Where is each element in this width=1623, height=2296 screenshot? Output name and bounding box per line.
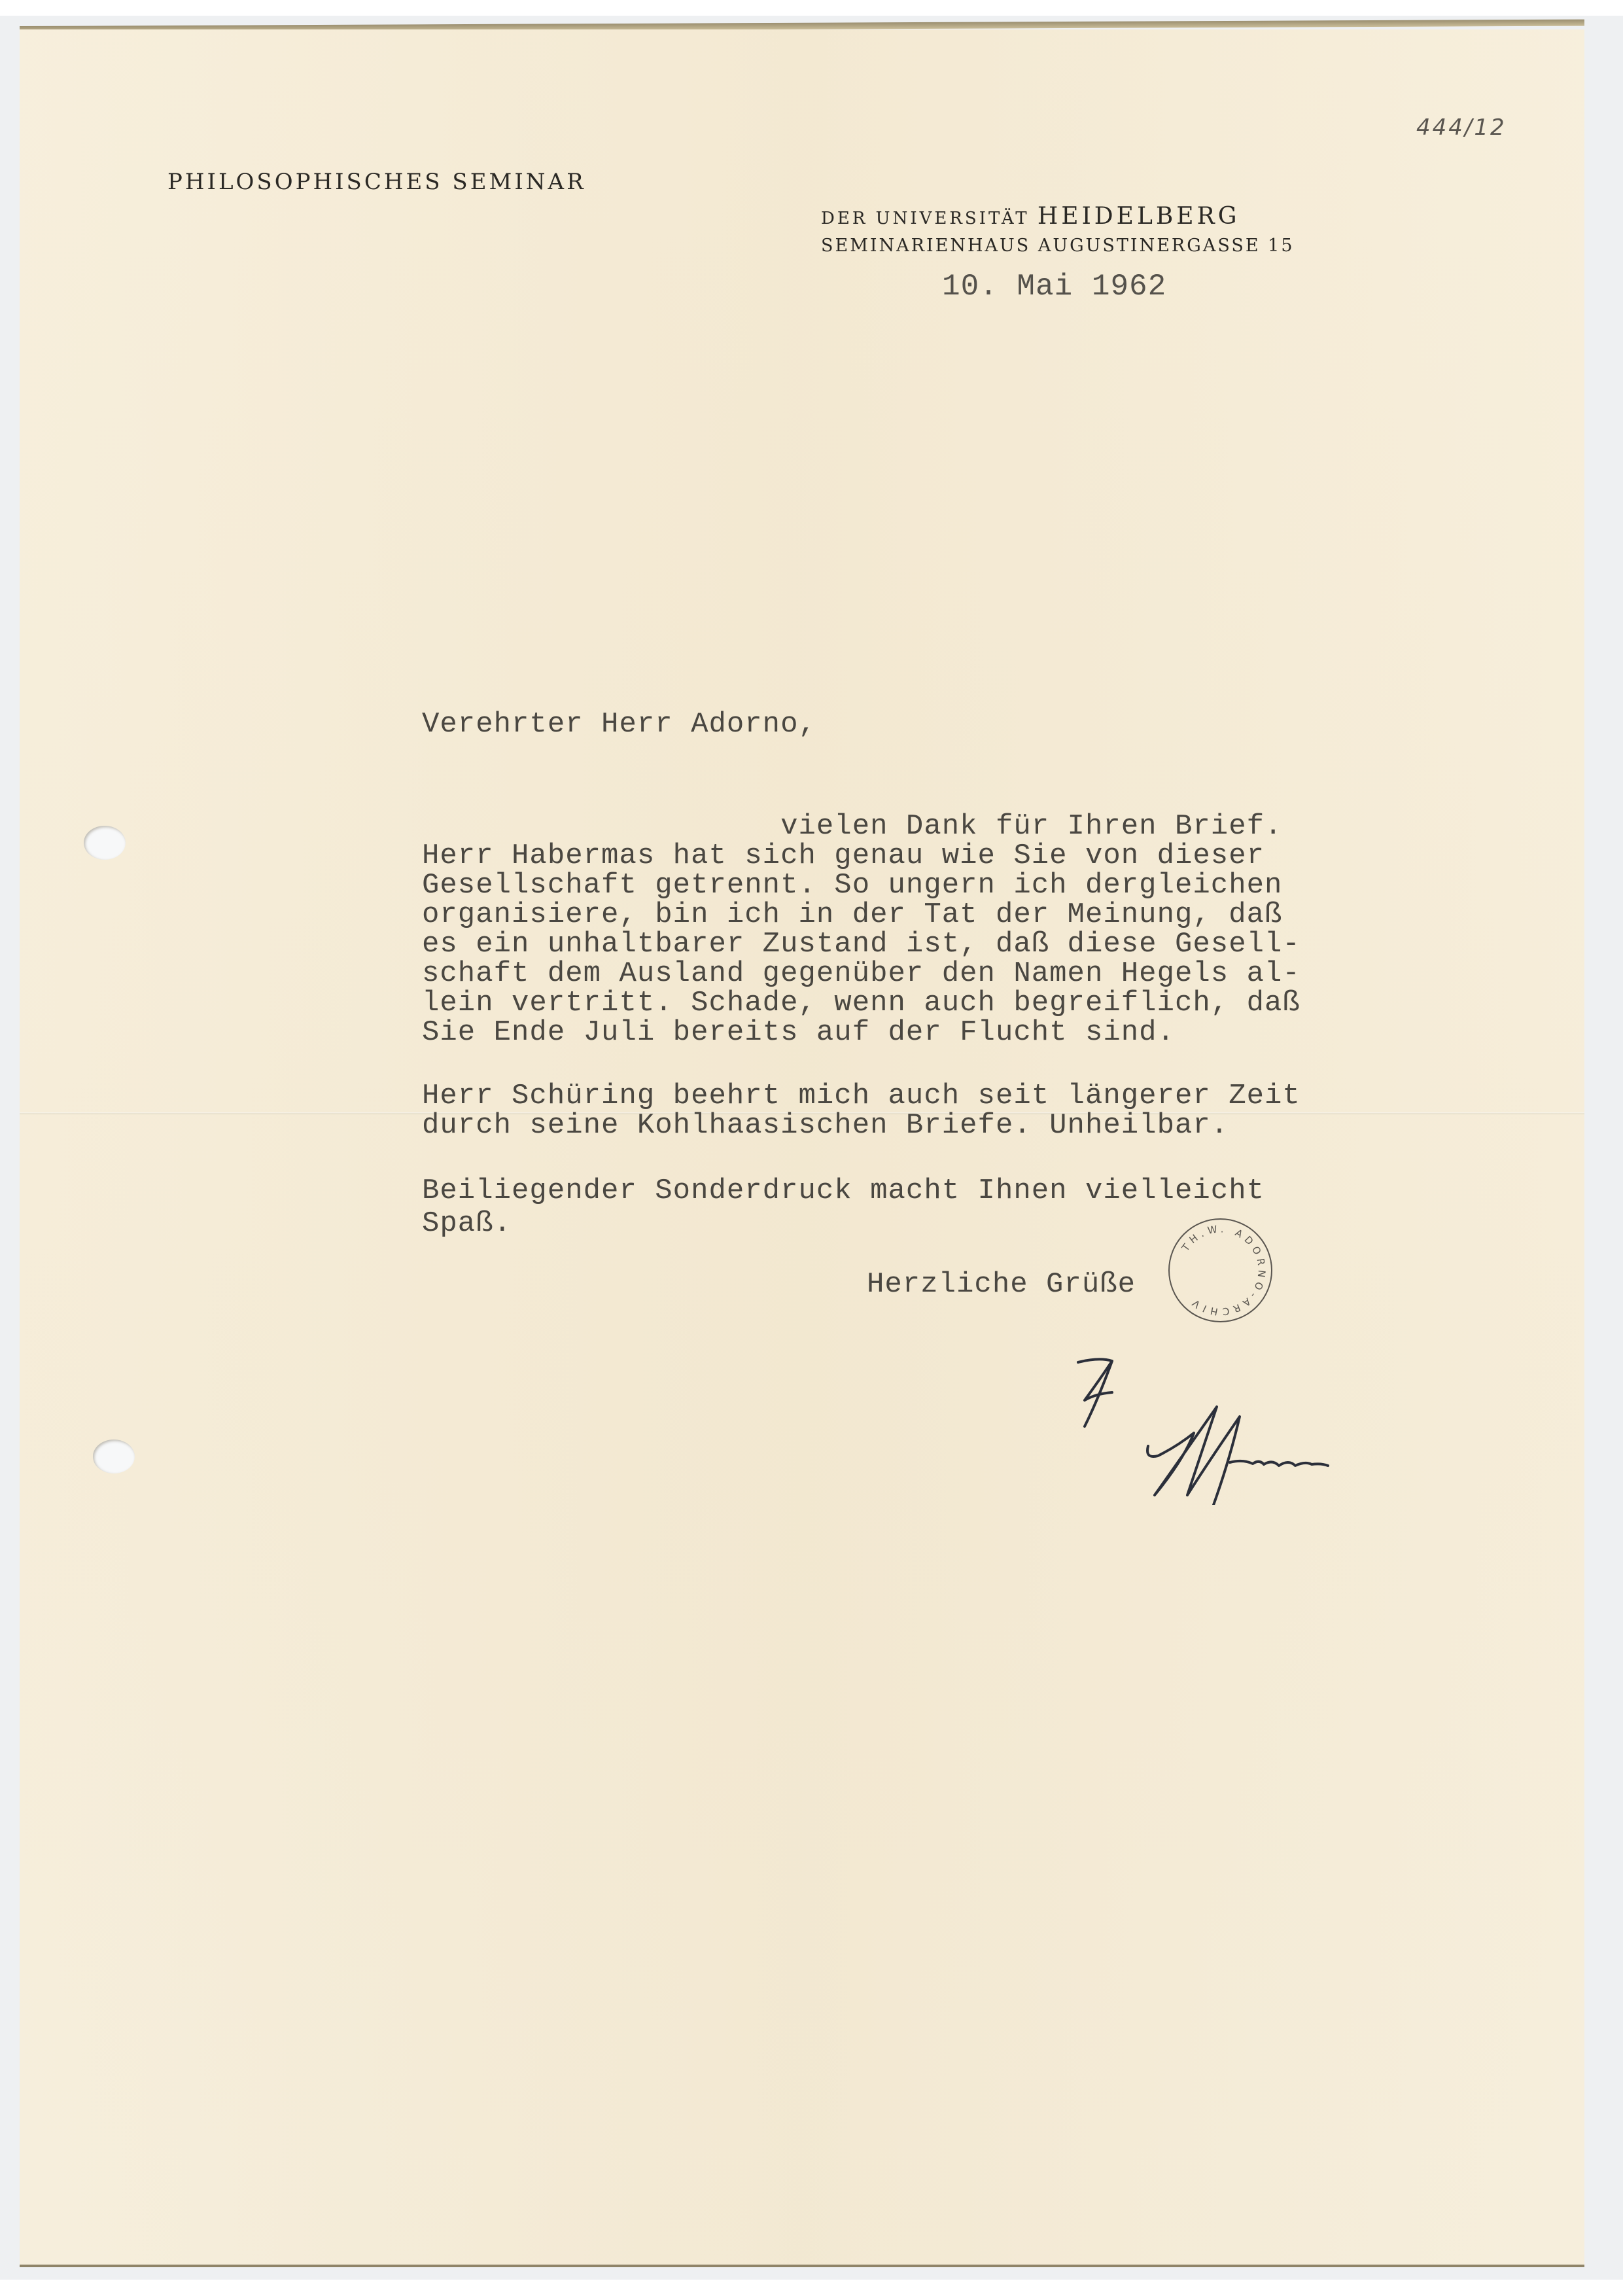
body-line: schaft dem Ausland gegenüber den Namen H… xyxy=(422,957,1300,990)
archive-number: 444/12 xyxy=(1416,115,1507,141)
letter-date: 10. Mai 1962 xyxy=(942,270,1166,304)
closing: Herzliche Grüße xyxy=(867,1268,1136,1301)
body-line: Beiliegender Sonderdruck macht Ihnen vie… xyxy=(422,1174,1265,1207)
letterhead-university-name: HEIDELBERG xyxy=(1038,203,1240,230)
punch-hole-bottom xyxy=(93,1439,135,1474)
salutation: Verehrter Herr Adorno, xyxy=(422,708,816,741)
handwritten-signature xyxy=(1021,1328,1335,1505)
body-line: Herr Schüring beehrt mich auch seit läng… xyxy=(422,1080,1300,1112)
body-line: vielen Dank für Ihren Brief. xyxy=(422,810,1282,843)
letterhead-university: DER UNIVERSITÄT HEIDELBERG xyxy=(821,203,1240,230)
letter-page xyxy=(20,29,1584,2267)
body-line: Spaß. xyxy=(422,1207,512,1240)
body-line: lein vertritt. Schade, wenn auch begreif… xyxy=(422,987,1300,1019)
body-line: Sie Ende Juli bereits auf der Flucht sin… xyxy=(422,1016,1175,1049)
archive-stamp-icon: TH.W. ADORNO-ARCHIV xyxy=(1170,1220,1271,1321)
body-line: es ein unhaltbarer Zustand ist, daß dies… xyxy=(422,928,1300,961)
svg-text:TH.W. ADORNO-ARCHIV: TH.W. ADORNO-ARCHIV xyxy=(1179,1223,1268,1318)
punch-hole-top xyxy=(84,826,126,860)
letterhead-address: SEMINARIENHAUS AUGUSTINERGASSE 15 xyxy=(821,236,1295,256)
letterhead-university-prefix: DER UNIVERSITÄT xyxy=(821,209,1030,228)
body-line: Gesellschaft getrennt. So ungern ich der… xyxy=(422,869,1282,902)
body-line: organisiere, bin ich in der Tat der Mein… xyxy=(422,898,1282,931)
signature-icon xyxy=(1021,1328,1335,1505)
archive-stamp: TH.W. ADORNO-ARCHIV xyxy=(1168,1218,1272,1322)
letterhead-institute: PHILOSOPHISCHES SEMINAR xyxy=(167,169,586,195)
body-line: durch seine Kohlhaasischen Briefe. Unhei… xyxy=(422,1109,1229,1142)
body-line: Herr Habermas hat sich genau wie Sie von… xyxy=(422,839,1265,872)
